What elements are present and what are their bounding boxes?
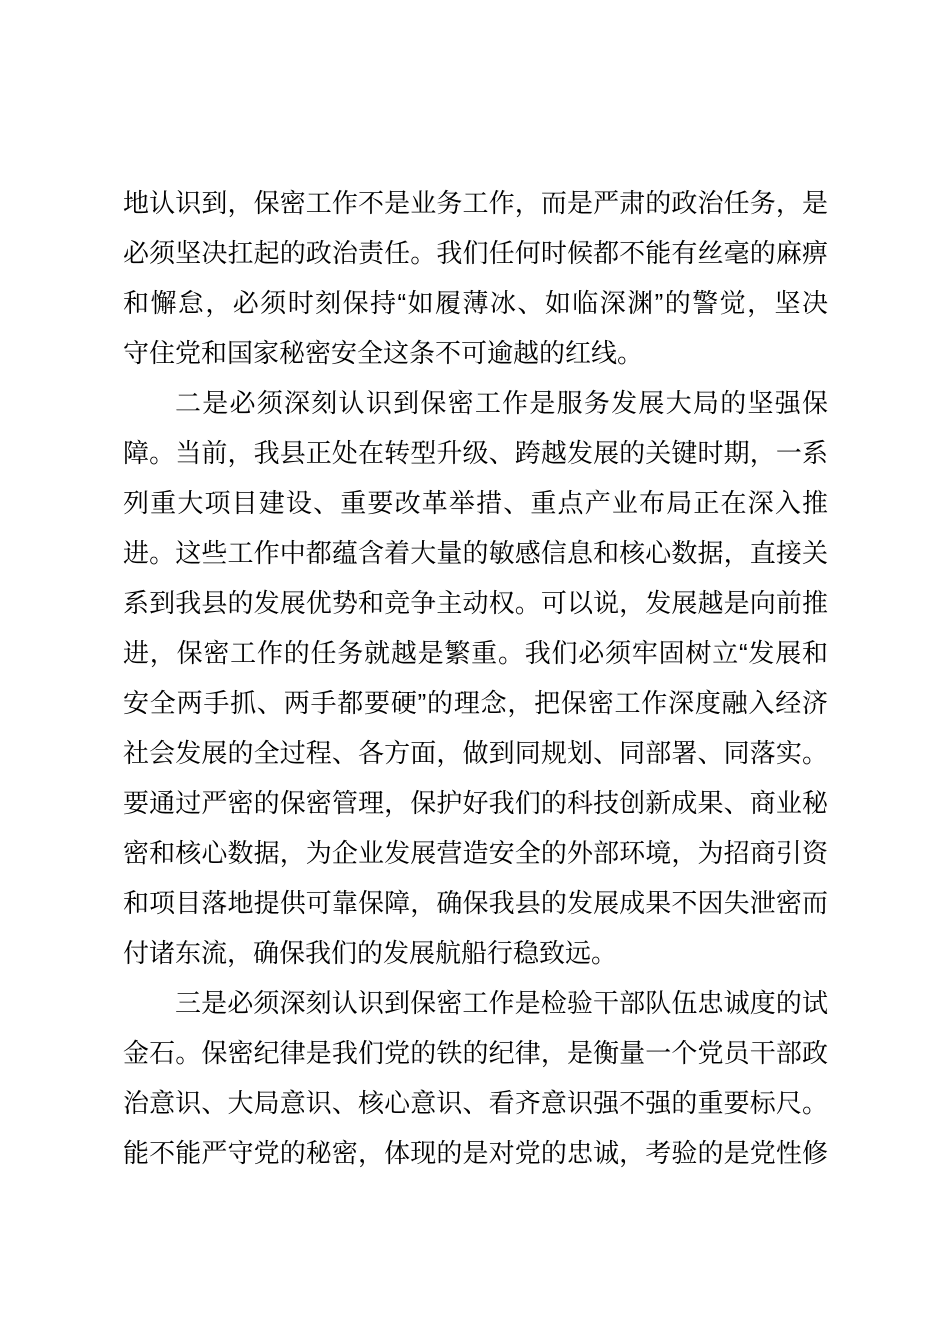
text-line: 要通过严密的保密管理，保护好我们的科技创新成果、商业秘 [123, 778, 828, 828]
text-line: 安全两手抓、两手都要硬”的理念，把保密工作深度融入经济 [123, 678, 828, 728]
text-line: 守住党和国家秘密安全这条不可逾越的红线。 [123, 328, 828, 378]
text-line: 二是必须深刻认识到保密工作是服务发展大局的坚强保 [123, 378, 828, 428]
text-line: 必须坚决扛起的政治责任。我们任何时候都不能有丝毫的麻痹 [123, 228, 828, 278]
document-page: 地认识到，保密工作不是业务工作，而是严肃的政治任务，是必须坚决扛起的政治责任。我… [0, 0, 950, 1344]
text-line: 社会发展的全过程、各方面，做到同规划、同部署、同落实。 [123, 728, 828, 778]
text-line: 和项目落地提供可靠保障，确保我县的发展成果不因失泄密而 [123, 878, 828, 928]
text-line: 金石。保密纪律是我们党的铁的纪律，是衡量一个党员干部政 [123, 1028, 828, 1078]
text-line: 付诸东流，确保我们的发展航船行稳致远。 [123, 928, 828, 978]
text-line: 能不能严守党的秘密，体现的是对党的忠诚，考验的是党性修 [123, 1128, 828, 1178]
text-line: 障。当前，我县正处在转型升级、跨越发展的关键时期，一系 [123, 428, 828, 478]
text-line: 列重大项目建设、重要改革举措、重点产业布局正在深入推 [123, 478, 828, 528]
text-line: 密和核心数据，为企业发展营造安全的外部环境，为招商引资 [123, 828, 828, 878]
text-line: 三是必须深刻认识到保密工作是检验干部队伍忠诚度的试 [123, 978, 828, 1028]
text-line: 地认识到，保密工作不是业务工作，而是严肃的政治任务，是 [123, 178, 828, 228]
document-body: 地认识到，保密工作不是业务工作，而是严肃的政治任务，是必须坚决扛起的政治责任。我… [123, 178, 828, 1178]
text-line: 进。这些工作中都蕴含着大量的敏感信息和核心数据，直接关 [123, 528, 828, 578]
text-line: 和懈怠，必须时刻保持“如履薄冰、如临深渊”的警觉，坚决 [123, 278, 828, 328]
text-line: 治意识、大局意识、核心意识、看齐意识强不强的重要标尺。 [123, 1078, 828, 1128]
text-line: 进，保密工作的任务就越是繁重。我们必须牢固树立“发展和 [123, 628, 828, 678]
text-line: 系到我县的发展优势和竞争主动权。可以说，发展越是向前推 [123, 578, 828, 628]
